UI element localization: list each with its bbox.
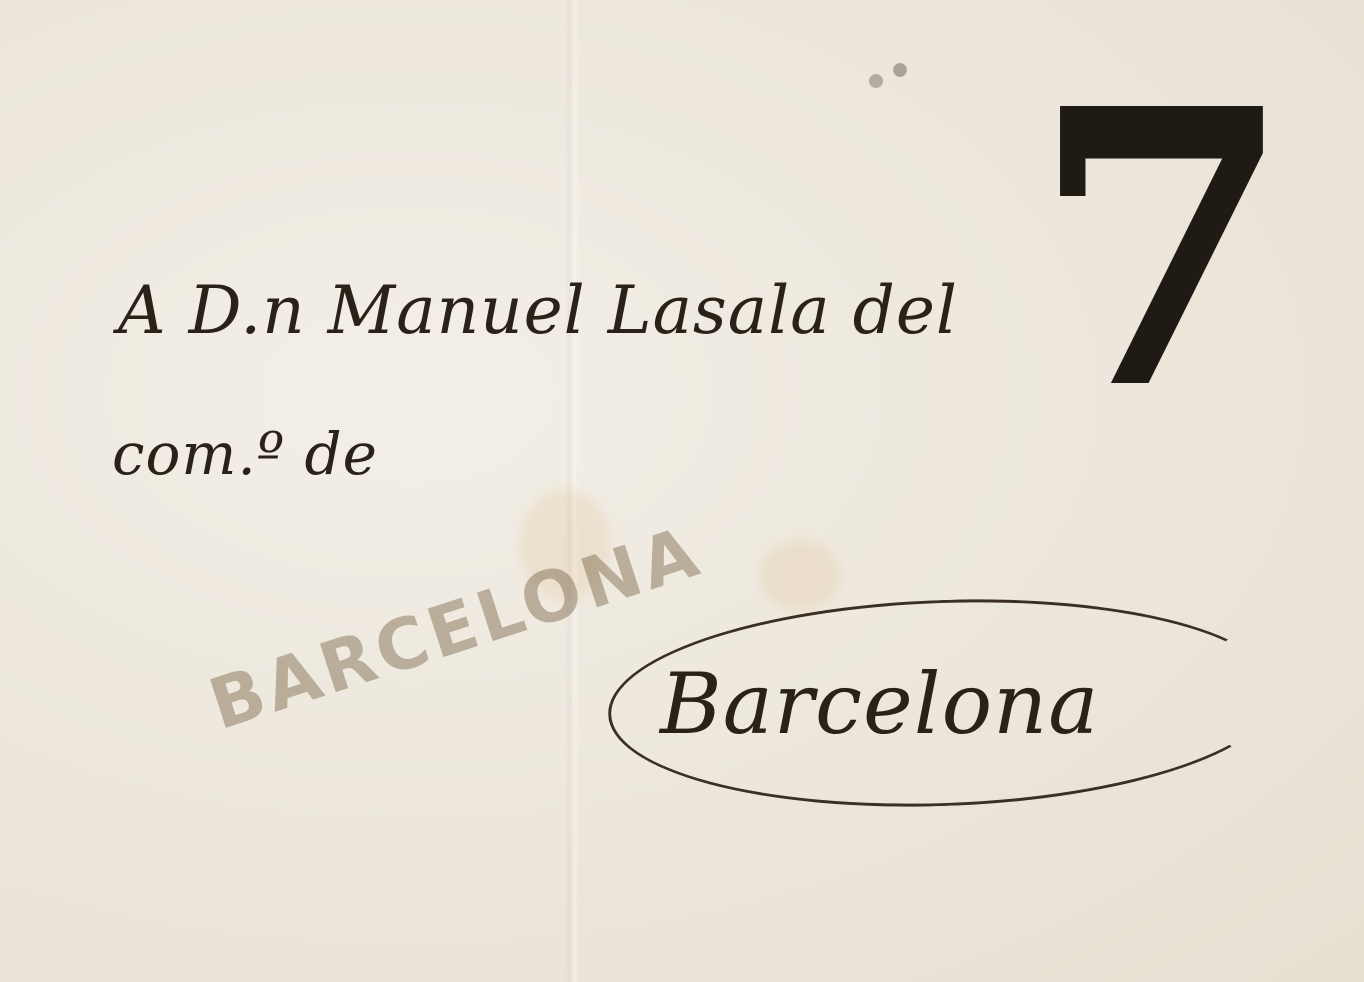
postage-rate-mark: 7 [1030,60,1294,440]
letter-cover: 7 A D.n Manuel Lasala del com.º de Barce… [0,0,1364,982]
foxing-stain [760,540,840,610]
ink-smudge [840,15,960,125]
destination-city: Barcelona [660,655,1099,753]
address-line-1: A D.n Manuel Lasala del [118,272,958,349]
address-line-2: com.º de [112,420,378,488]
